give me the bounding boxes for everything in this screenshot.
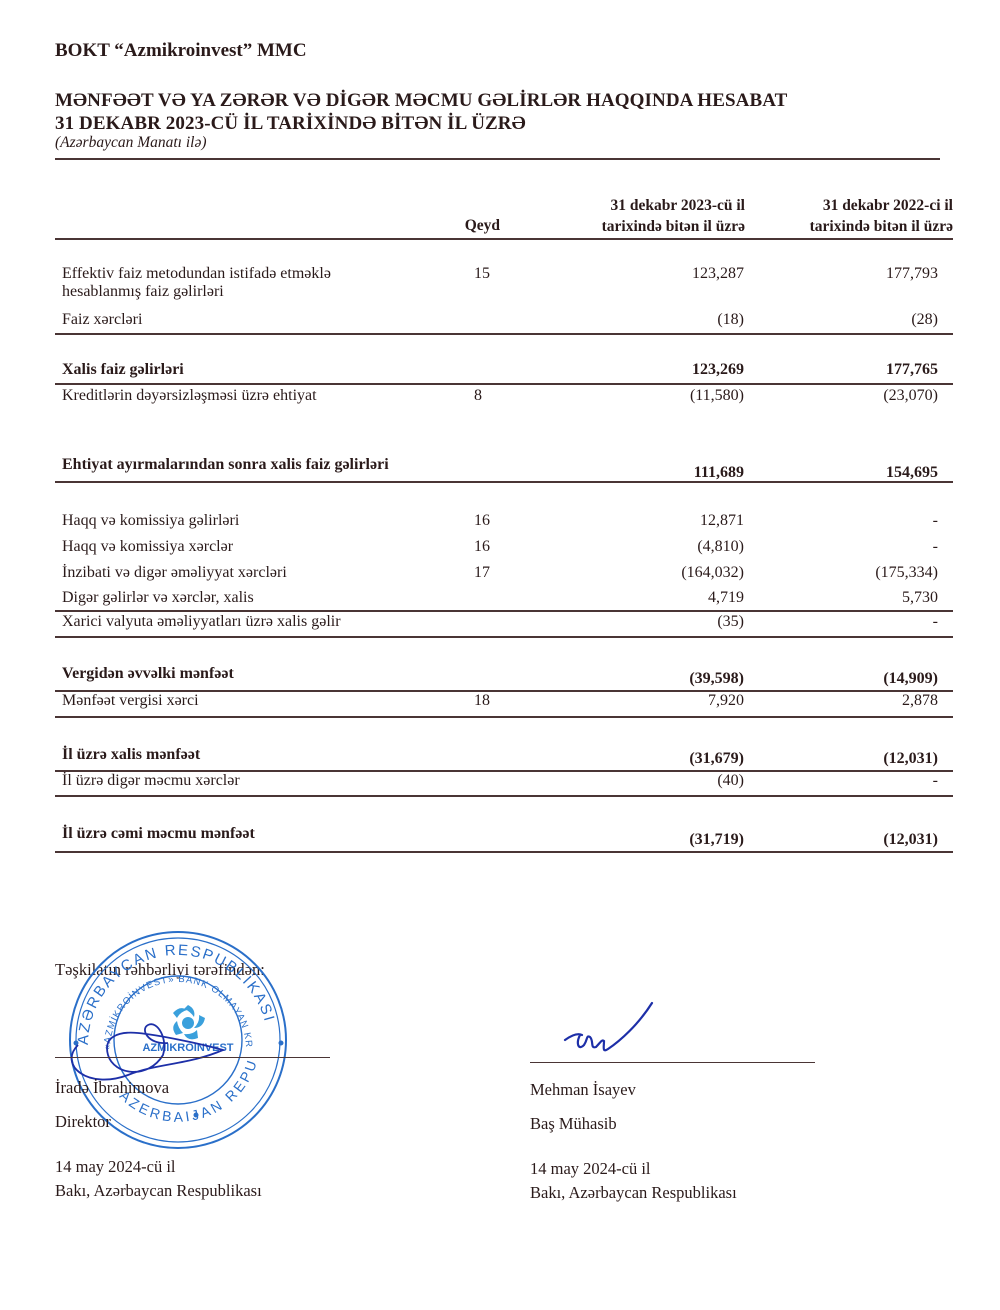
row-value-2022: -: [933, 613, 938, 631]
row-label: Haqq və komissiya gəlirləri: [62, 512, 239, 530]
table-row: Faiz xərcləri (18) (28): [62, 311, 952, 335]
row-value-2023: 12,871: [700, 512, 744, 530]
column-header-2023: 31 dekabr 2023-cü il tarixində bitən il …: [520, 195, 745, 237]
column-header-2022: 31 dekabr 2022-ci il tarixində bitən il …: [720, 195, 953, 237]
row-label: İl üzrə digər məcmu xərclər: [62, 772, 240, 790]
row-label: Digər gəlirlər və xərclər, xalis: [62, 589, 254, 607]
row-label: Xalis faiz gəlirləri: [62, 361, 184, 379]
row-value-2023: 4,719: [708, 589, 744, 607]
row-value-2023: 7,920: [708, 692, 744, 710]
row-label: Faiz xərcləri: [62, 311, 142, 329]
row-label: Mənfəət vergisi xərci: [62, 692, 199, 710]
row-divider: [55, 481, 953, 483]
accountant-name: Mehman İsayev: [530, 1080, 636, 1100]
accountant-sign-date: 14 may 2024-cü il: [530, 1159, 651, 1179]
row-note: 8: [474, 387, 504, 405]
table-row: Ehtiyat ayırmalarından sonra xalis faiz …: [62, 456, 952, 480]
row-value-2022: 177,765: [886, 361, 938, 379]
table-row: Vergidən əvvəlki mənfəət (39,598) (14,90…: [62, 665, 952, 689]
director-role: Direktor: [55, 1112, 111, 1132]
row-label: Effektiv faiz metodundan istifadə etməkl…: [62, 265, 331, 301]
row-value-2022: (23,070): [883, 387, 938, 405]
row-value-2023: (35): [717, 613, 744, 631]
row-note: 18: [474, 692, 504, 710]
company-name: BOKT “Azmikroinvest” MMC: [55, 40, 307, 62]
accountant-signature-icon: [560, 995, 670, 1065]
row-value-2023: (4,810): [697, 538, 744, 556]
column-header-2022-line2: tarixində bitən il üzrə: [720, 216, 953, 237]
accountant-role: Baş Mühasib: [530, 1114, 617, 1134]
header-divider: [55, 158, 940, 160]
row-divider: [55, 851, 953, 853]
row-value-2023: (40): [717, 772, 744, 790]
table-row: Kreditlərin dəyərsizləşməsi üzrə ehtiyat…: [62, 387, 952, 411]
table-row: İl üzrə cəmi məcmu mənfəət (31,719) (12,…: [62, 825, 952, 849]
row-value-2023: 123,269: [692, 361, 744, 379]
row-divider: [55, 716, 953, 718]
director-sign-date: 14 may 2024-cü il: [55, 1157, 176, 1177]
row-value-2023: (31,679): [689, 750, 744, 768]
table-row: İnzibati və digər əməliyyat xərcləri 17 …: [62, 564, 952, 588]
row-value-2022: 177,793: [886, 265, 938, 283]
row-value-2022: -: [933, 512, 938, 530]
row-value-2023: (18): [717, 311, 744, 329]
row-label: Ehtiyat ayırmalarından sonra xalis faiz …: [62, 456, 389, 474]
report-title-line1: MƏNFƏƏT VƏ YA ZƏRƏR VƏ DİGƏR MƏCMU GƏLİR…: [55, 89, 787, 112]
table-row: Effektiv faiz metodundan istifadə etməkl…: [62, 265, 952, 309]
director-sign-place: Bakı, Azərbaycan Respublikası: [55, 1181, 262, 1201]
table-row: Haqq və komissiya xərclər 16 (4,810) -: [62, 538, 952, 562]
director-name: İradə İbrahimova: [55, 1078, 169, 1098]
row-value-2023: (164,032): [681, 564, 744, 582]
report-title-line2: 31 DEKABR 2023-CÜ İL TARİXİNDƏ BİTƏN İL …: [55, 112, 787, 135]
row-label: Kreditlərin dəyərsizləşməsi üzrə ehtiyat: [62, 387, 317, 405]
row-note: 15: [474, 265, 504, 283]
row-value-2022: -: [933, 772, 938, 790]
table-row: Xarici valyuta əməliyyatları üzrə xalis …: [62, 613, 952, 637]
column-header-divider: [55, 238, 953, 240]
row-divider: [55, 795, 953, 797]
table-row: Mənfəət vergisi xərci 18 7,920 2,878: [62, 692, 952, 716]
row-value-2022: 154,695: [886, 464, 938, 482]
row-value-2023: 111,689: [694, 464, 744, 482]
table-row: İl üzrə digər məcmu xərclər (40) -: [62, 772, 952, 796]
row-label: Xarici valyuta əməliyyatları üzrə xalis …: [62, 613, 341, 631]
row-value-2022: (28): [911, 311, 938, 329]
row-label: İl üzrə xalis mənfəət: [62, 746, 200, 764]
row-value-2022: (12,031): [883, 831, 938, 849]
row-value-2022: 5,730: [902, 589, 938, 607]
row-value-2022: (12,031): [883, 750, 938, 768]
row-label: Haqq və komissiya xərclər: [62, 538, 233, 556]
row-note: 16: [474, 538, 504, 556]
row-divider: [55, 383, 953, 385]
accountant-sign-place: Bakı, Azərbaycan Respublikası: [530, 1183, 737, 1203]
row-note: 16: [474, 512, 504, 530]
currency-note: (Azərbaycan Manatı ilə): [55, 134, 207, 152]
row-divider: [55, 333, 953, 335]
row-value-2022: 2,878: [902, 692, 938, 710]
row-divider: [55, 610, 953, 612]
director-signature-line: [55, 1057, 330, 1058]
accountant-signature-line: [530, 1062, 815, 1063]
table-row: İl üzrə xalis mənfəət (31,679) (12,031): [62, 746, 952, 770]
row-value-2022: (14,909): [883, 670, 938, 688]
row-label: İnzibati və digər əməliyyat xərcləri: [62, 564, 287, 582]
column-header-2023-line2: tarixində bitən il üzrə: [520, 216, 745, 237]
row-value-2022: (175,334): [875, 564, 938, 582]
column-header-2022-line1: 31 dekabr 2022-ci il: [720, 195, 953, 216]
row-value-2023: 123,287: [692, 265, 744, 283]
svg-text:AZMIKROINVEST: AZMIKROINVEST: [142, 1042, 233, 1054]
row-value-2023: (39,598): [689, 670, 744, 688]
table-row: Haqq və komissiya gəlirləri 16 12,871 -: [62, 512, 952, 536]
row-label: İl üzrə cəmi məcmu mənfəət: [62, 825, 255, 843]
row-note: 17: [474, 564, 504, 582]
row-value-2023: (11,580): [690, 387, 744, 405]
table-row: Xalis faiz gəlirləri 123,269 177,765: [62, 361, 952, 385]
report-title: MƏNFƏƏT VƏ YA ZƏRƏR VƏ DİGƏR MƏCMU GƏLİR…: [55, 89, 787, 135]
column-header-2023-line1: 31 dekabr 2023-cü il: [520, 195, 745, 216]
row-label: Vergidən əvvəlki mənfəət: [62, 665, 234, 683]
row-divider: [55, 636, 953, 638]
row-value-2022: -: [933, 538, 938, 556]
row-value-2023: (31,719): [689, 831, 744, 849]
column-header-note: Qeyd: [430, 215, 500, 236]
